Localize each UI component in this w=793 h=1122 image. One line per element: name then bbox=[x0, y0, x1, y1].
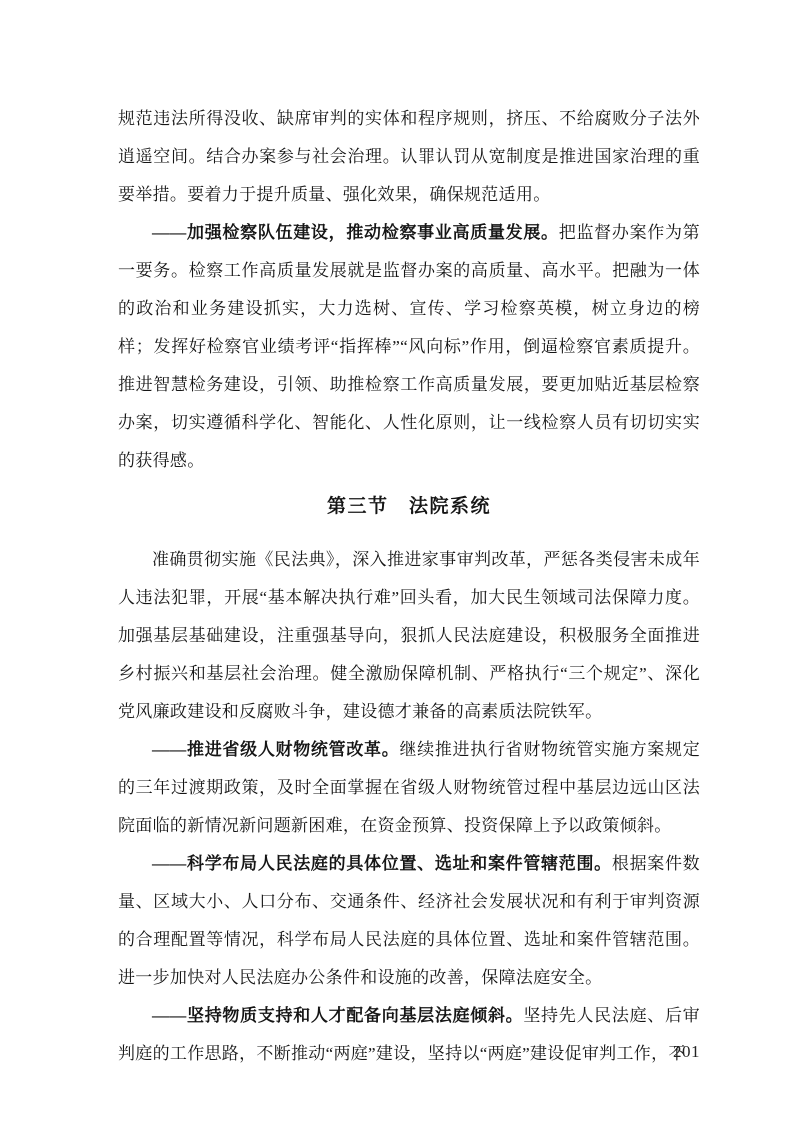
paragraph: 准确贯彻实施《民法典》，深入推进家事审判改革，严惩各类侵害未成年人违法犯罪，开展… bbox=[118, 541, 700, 731]
paragraph-text: 根据案件数量、区域大小、人口分布、交通条件、经济社会发展状况和有利于审判资源的合… bbox=[118, 854, 700, 987]
paragraph-bold-lead: ——坚持物质支持和人才配备向基层法庭倾斜。 bbox=[152, 1006, 523, 1025]
paragraph: ——坚持物质支持和人才配备向基层法庭倾斜。坚持先人民法庭、后审判庭的工作思路，不… bbox=[118, 997, 700, 1073]
paragraph-bold-lead: ——加强检察队伍建设，推动检察事业高质量发展。 bbox=[152, 223, 559, 242]
paragraph: 规范违法所得没收、缺席审判的实体和程序规则，挤压、不给腐败分子法外逍遥空间。结合… bbox=[118, 100, 700, 214]
paragraph: ——加强检察队伍建设，推动检察事业高质量发展。把监督办案作为第一要务。检察工作高… bbox=[118, 214, 700, 480]
paragraph-bold-lead: ——推进省级人财物统管改革。 bbox=[152, 740, 399, 759]
paragraph-text: 规范违法所得没收、缺席审判的实体和程序规则，挤压、不给腐败分子法外逍遥空间。结合… bbox=[118, 109, 700, 204]
paragraph-text: 准确贯彻实施《民法典》，深入推进家事审判改革，严惩各类侵害未成年人违法犯罪，开展… bbox=[118, 550, 700, 721]
paragraph-text: 把监督办案作为第一要务。检察工作高质量发展就是监督办案的高质量、高水平。把融为一… bbox=[118, 223, 700, 470]
paragraph-bold-lead: ——科学布局人民法庭的具体位置、选址和案件管辖范围。 bbox=[152, 854, 612, 873]
page-number: 201 bbox=[673, 1041, 700, 1063]
page-content: 规范违法所得没收、缺席审判的实体和程序规则，挤压、不给腐败分子法外逍遥空间。结合… bbox=[118, 100, 700, 1073]
document-page: 规范违法所得没收、缺席审判的实体和程序规则，挤压、不给腐败分子法外逍遥空间。结合… bbox=[0, 0, 793, 1122]
paragraph: ——推进省级人财物统管改革。继续推进执行省财物统管实施方案规定的三年过渡期政策，… bbox=[118, 731, 700, 845]
section-heading: 第三节 法院系统 bbox=[118, 488, 700, 526]
paragraph: ——科学布局人民法庭的具体位置、选址和案件管辖范围。根据案件数量、区域大小、人口… bbox=[118, 845, 700, 997]
